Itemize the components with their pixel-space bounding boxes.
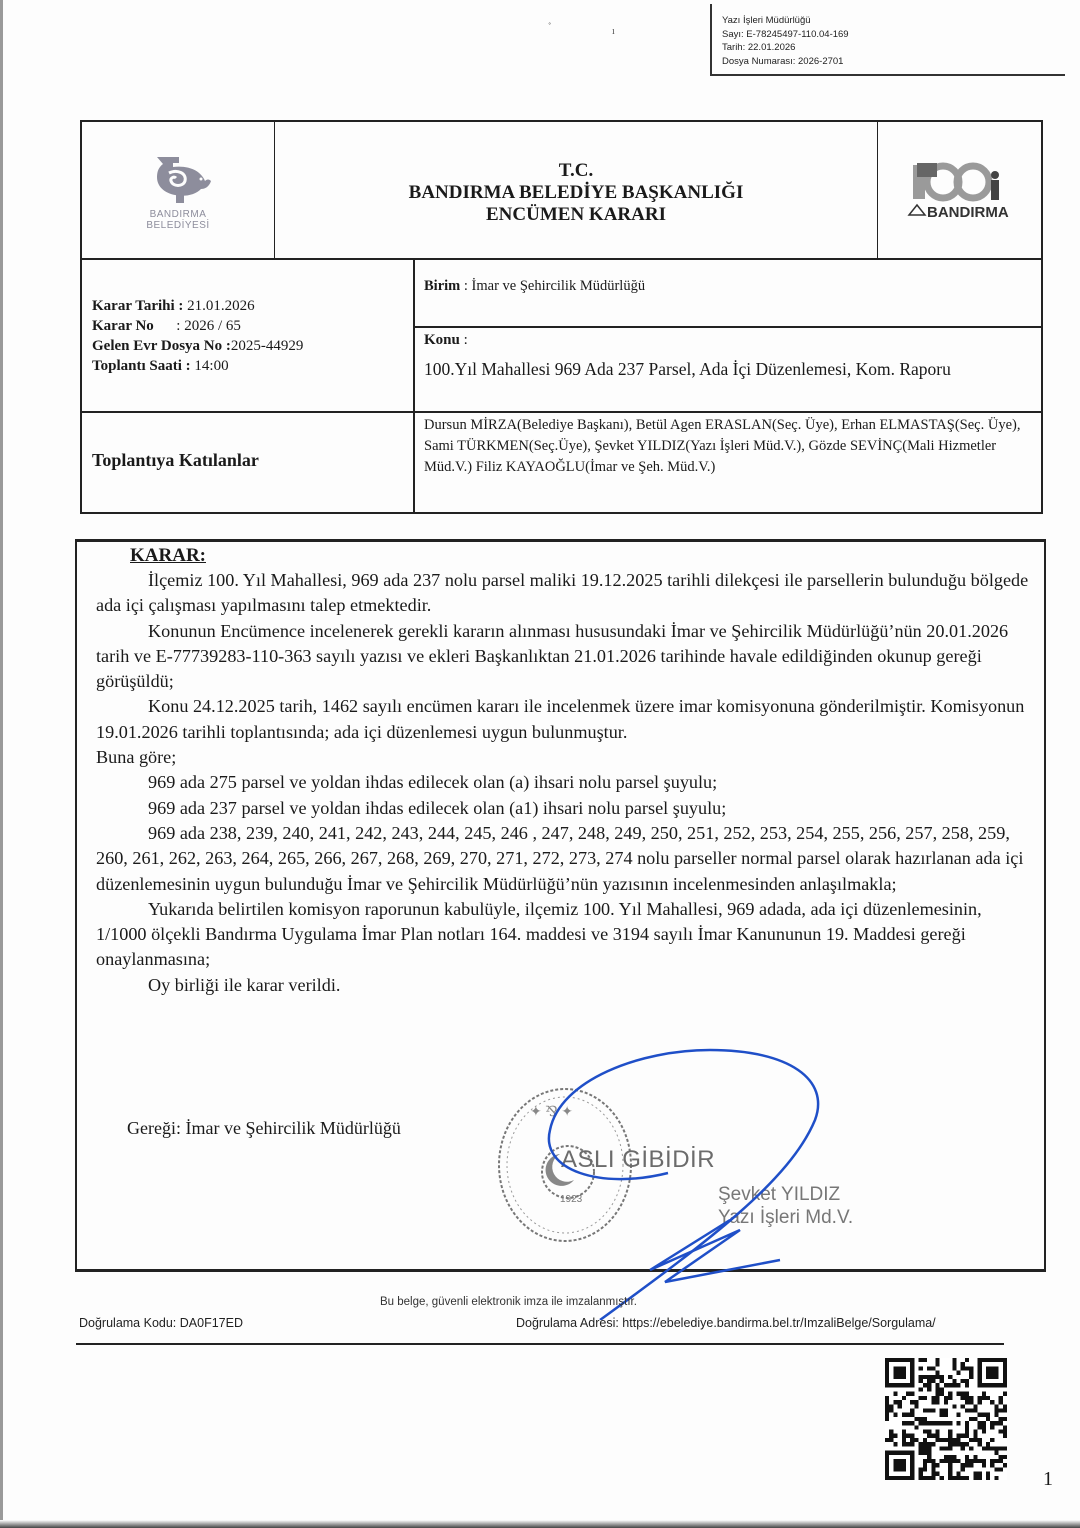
title-institution: BANDIRMA BELEDİYE BAŞKANLIĞI bbox=[409, 182, 744, 204]
decision-text: İlçemiz 100. Yıl Mahallesi, 969 ada 237 … bbox=[96, 568, 1036, 998]
decision-meta: Karar Tarihi : 21.01.2026 Karar No : 202… bbox=[92, 296, 303, 376]
meeting-time-row: Toplantı Saati : 14:00 bbox=[92, 356, 303, 376]
decision-paragraph: Buna göre; bbox=[96, 745, 1036, 770]
incoming-file-row: Gelen Evr Dosya No :2025-44929 bbox=[92, 336, 303, 356]
unit-value: : İmar ve Şehircilik Müdürlüğü bbox=[460, 278, 645, 294]
e-signature-note: Bu belge, güvenli elektronik imza ile im… bbox=[380, 1296, 637, 1308]
logo-text-line1: BANDIRMA bbox=[146, 209, 209, 220]
unit-label: Birim bbox=[424, 278, 460, 294]
decision-no: : 2026 / 65 bbox=[154, 318, 241, 334]
decision-info-table: Karar Tarihi : 21.01.2026 Karar No : 202… bbox=[80, 258, 1043, 514]
title-tc: T.C. bbox=[559, 160, 593, 182]
decision-paragraph: Yukarıda belirtilen komisyon raporunun k… bbox=[96, 897, 1036, 973]
decision-paragraph: İlçemiz 100. Yıl Mahallesi, 969 ada 237 … bbox=[96, 568, 1036, 619]
registry-office: Yazı İşleri Müdürlüğü bbox=[722, 14, 1065, 28]
decision-paragraph: Konu 24.12.2025 tarih, 1462 sayılı encüm… bbox=[96, 694, 1036, 745]
registry-stamp: Yazı İşleri Müdürlüğü Sayı: E-78245497-1… bbox=[710, 4, 1065, 76]
footer-divider bbox=[76, 1343, 1004, 1345]
bird-logo-icon bbox=[143, 149, 213, 209]
municipality-logo: BANDIRMA BELEDİYESİ bbox=[82, 122, 275, 258]
scan-edge-left bbox=[0, 0, 3, 1528]
decision-no-row: Karar No : 2026 / 65 bbox=[92, 316, 303, 336]
decision-date-row: Karar Tarihi : 21.01.2026 bbox=[92, 296, 303, 316]
incoming-file-no: 2025-44929 bbox=[231, 338, 304, 354]
subject-label: Konu bbox=[424, 332, 460, 348]
incoming-file-label: Gelen Evr Dosya No : bbox=[92, 338, 231, 354]
document-header: BANDIRMA BELEDİYESİ T.C. BANDIRMA BELEDİ… bbox=[80, 120, 1043, 260]
decision-paragraph: Oy birliği ile karar verildi. bbox=[96, 973, 1036, 998]
action-unit: Gereği: İmar ve Şehircilik Müdürlüğü bbox=[127, 1118, 401, 1139]
centennial-100-icon: BANDIRMA bbox=[905, 155, 1015, 225]
meeting-time: 14:00 bbox=[191, 358, 229, 374]
verification-address[interactable]: Doğrulama Adresi: https://ebelediye.band… bbox=[516, 1316, 936, 1330]
centennial-logo: BANDIRMA bbox=[877, 122, 1041, 258]
qr-code-icon[interactable] bbox=[885, 1358, 1007, 1480]
unit-row: Birim : İmar ve Şehircilik Müdürlüğü bbox=[424, 278, 645, 295]
verification-code: Doğrulama Kodu: DA0F17ED bbox=[79, 1316, 243, 1330]
handwritten-signature bbox=[480, 1030, 880, 1320]
scan-speck: ı bbox=[612, 26, 615, 37]
subject-colon: : bbox=[460, 332, 468, 348]
decision-paragraph: Konunun Encümence incelenerek gerekli ka… bbox=[96, 619, 1036, 695]
registry-file-number: Dosya Numarası: 2026-2701 bbox=[722, 55, 1065, 69]
title-decision-type: ENCÜMEN KARARI bbox=[486, 204, 666, 226]
registry-date: Tarih: 22.01.2026 bbox=[722, 41, 1065, 55]
page-number: 1 bbox=[1043, 1468, 1053, 1491]
logo-text-line2: BELEDİYESİ bbox=[146, 220, 209, 231]
centennial-logo-label: BANDIRMA bbox=[927, 204, 1009, 221]
scan-speck: ˚ bbox=[548, 22, 551, 33]
document-title: T.C. BANDIRMA BELEDİYE BAŞKANLIĞI ENCÜME… bbox=[275, 122, 877, 258]
attendees-list: Dursun MİRZA(Belediye Başkanı), Betül Ag… bbox=[424, 415, 1024, 478]
decision-date: 21.01.2026 bbox=[183, 298, 254, 314]
registry-number: Sayı: E-78245497-110.04-169 bbox=[722, 28, 1065, 42]
attendees-label: Toplantıya Katılanlar bbox=[92, 450, 259, 471]
scan-edge-bottom bbox=[0, 1520, 1080, 1528]
decision-paragraph: 969 ada 237 parsel ve yoldan ihdas edile… bbox=[96, 796, 1036, 821]
meeting-time-label: Toplantı Saati : bbox=[92, 358, 191, 374]
decision-heading: KARAR: bbox=[130, 545, 206, 567]
subject-label-row: Konu : bbox=[424, 332, 468, 349]
decision-paragraph: 969 ada 275 parsel ve yoldan ihdas edile… bbox=[96, 770, 1036, 795]
decision-date-label: Karar Tarihi : bbox=[92, 298, 183, 314]
subject-value: 100.Yıl Mahallesi 969 Ada 237 Parsel, Ad… bbox=[424, 358, 1024, 381]
decision-paragraph: 969 ada 238, 239, 240, 241, 242, 243, 24… bbox=[96, 821, 1036, 897]
decision-no-label: Karar No bbox=[92, 318, 154, 334]
